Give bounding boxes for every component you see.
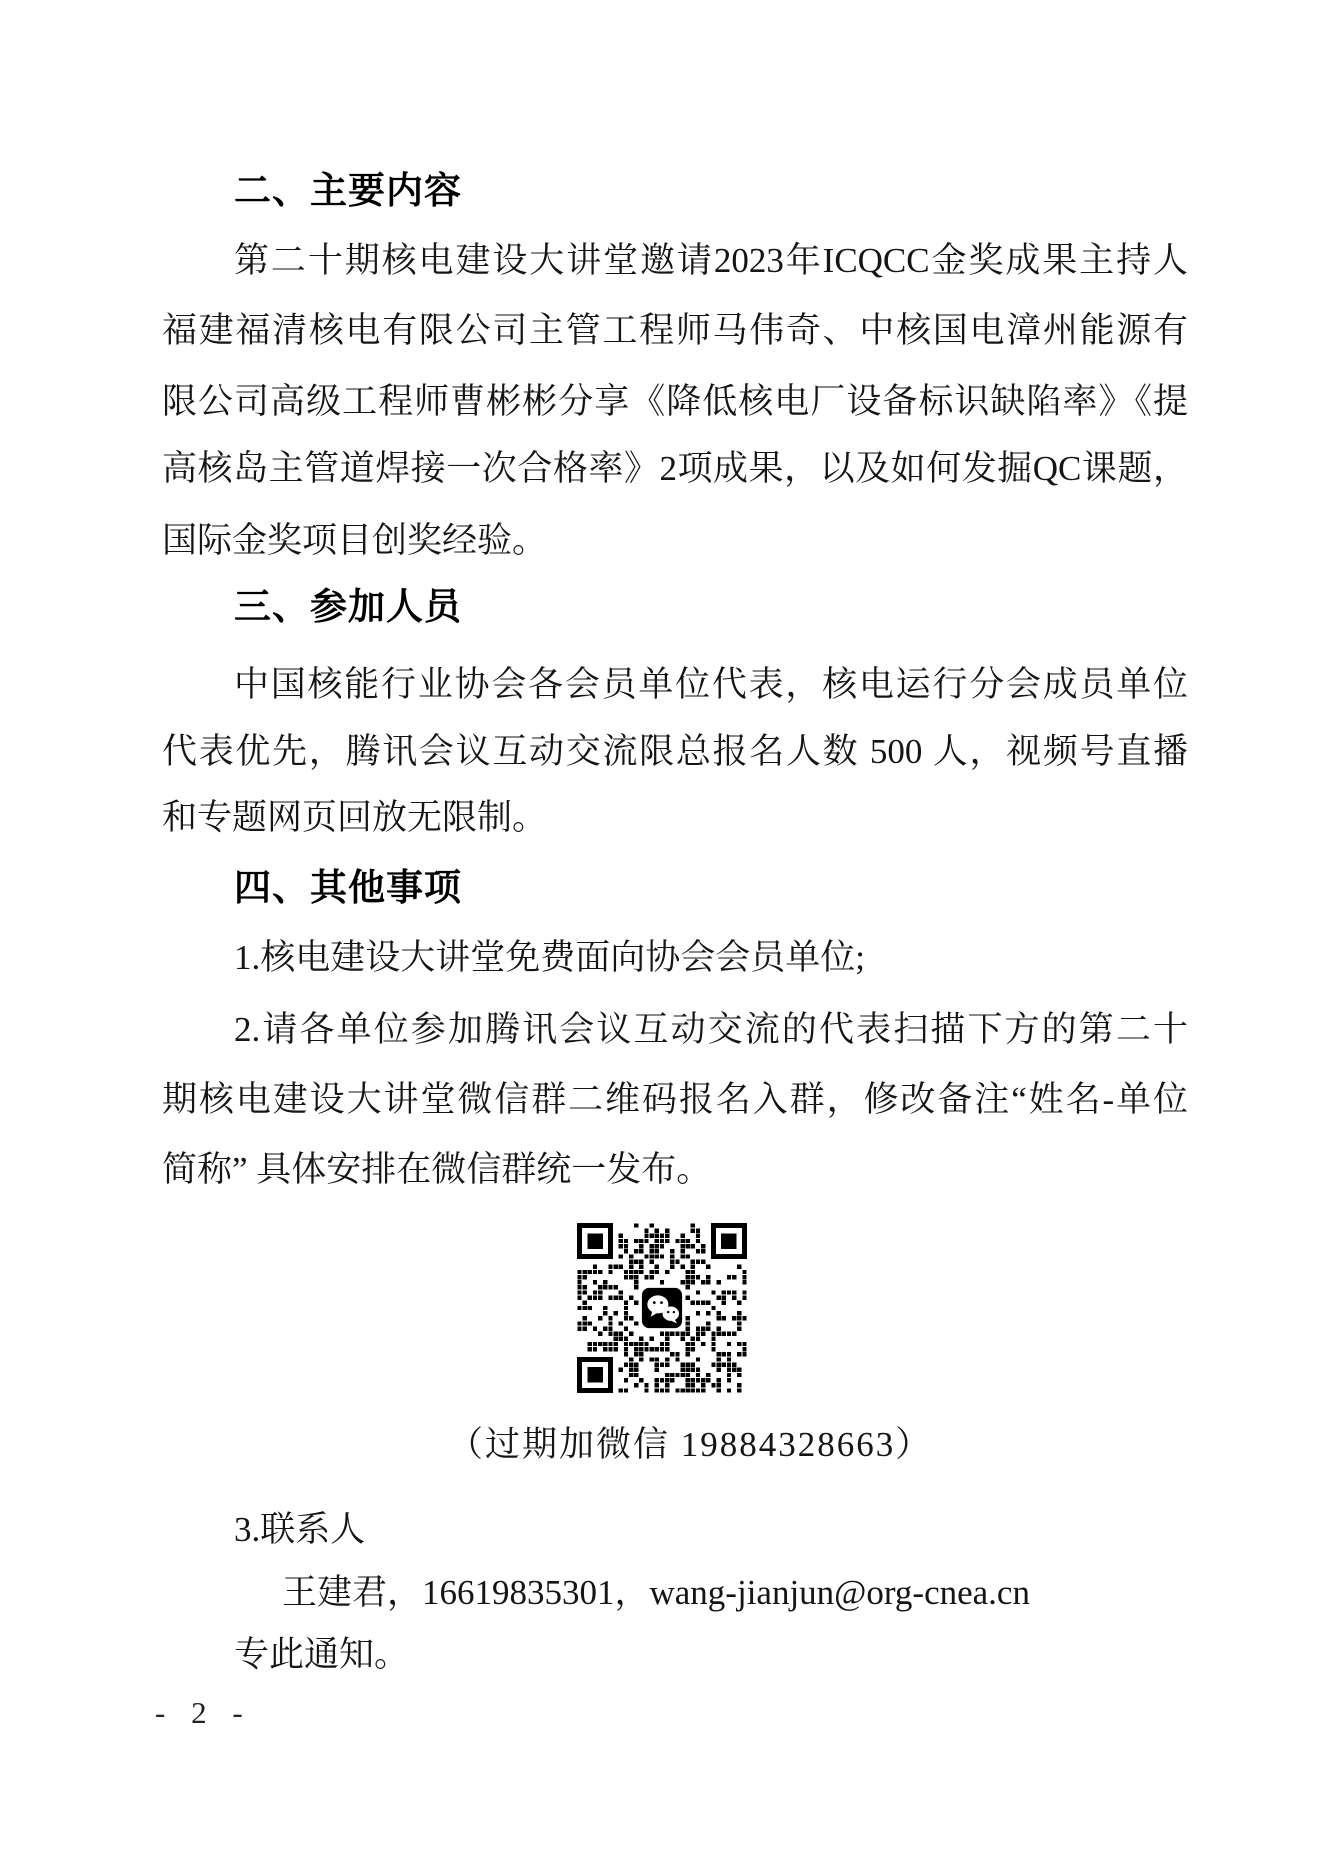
page-number: - 2 - — [155, 1694, 252, 1732]
paragraph-line: 第二十期核电建设大讲堂邀请2023年ICQCC金奖成果主持人 — [162, 239, 1188, 283]
section-heading-other-matters: 四、其他事项 — [234, 866, 462, 910]
paragraph-line: 国际金奖项目创奖经验。 — [162, 519, 1188, 563]
qr-caption: （过期加微信 19884328663） — [448, 1423, 932, 1467]
contact-label: 3.联系人 — [162, 1508, 1188, 1552]
paragraph-line: 代表优先，腾讯会议互动交流限总报名人数 500 人，视频号直播 — [162, 730, 1188, 774]
section-heading-participants: 三、参加人员 — [234, 585, 462, 629]
list-item-line: 期核电建设大讲堂微信群二维码报名入群，修改备注“姓名-单位 — [162, 1078, 1188, 1122]
paragraph-line: 和专题网页回放无限制。 — [162, 796, 1188, 840]
wechat-qr-code — [577, 1223, 747, 1393]
paragraph-line: 高核岛主管道焊接一次合格率》2项成果，以及如何发掘QC课题， — [162, 447, 1188, 491]
list-item-line: 1.核电建设大讲堂免费面向协会会员单位; — [162, 936, 1188, 980]
closing-line: 专此通知。 — [162, 1633, 1188, 1677]
document-page: 二、主要内容 第二十期核电建设大讲堂邀请2023年ICQCC金奖成果主持人 福建… — [0, 0, 1323, 1871]
paragraph-line: 中国核能行业协会各会员单位代表，核电运行分会成员单位 — [162, 663, 1188, 707]
wechat-icon — [642, 1288, 682, 1328]
list-item-line: 简称” 具体安排在微信群统一发布。 — [162, 1148, 1188, 1192]
paragraph-line: 限公司高级工程师曹彬彬分享《降低核电厂设备标识缺陷率》《提 — [162, 380, 1188, 424]
list-item-line: 2.请各单位参加腾讯会议互动交流的代表扫描下方的第二十 — [162, 1008, 1188, 1052]
contact-line: 王建君，16619835301，wang-jianjun@org-cnea.cn — [162, 1571, 1188, 1615]
paragraph-line: 福建福清核电有限公司主管工程师马伟奇、中核国电漳州能源有 — [162, 309, 1188, 353]
section-heading-main-content: 二、主要内容 — [234, 169, 462, 213]
qr-code-image — [577, 1223, 747, 1393]
